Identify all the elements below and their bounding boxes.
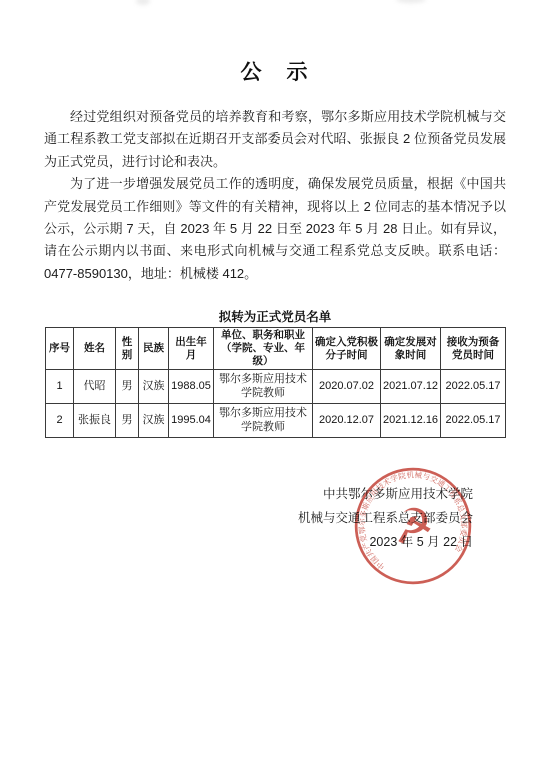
table-header-cell: 单位、职务和职业（学院、专业、年级）	[214, 328, 313, 370]
table-header-cell: 确定发展对象时间	[381, 328, 441, 370]
body-text: 经过党组织对预备党员的培养教育和考察，鄂尔多斯应用技术学院机械与交通工程系教工党…	[44, 106, 506, 285]
roster-table: 序号姓名性别民族出生年月单位、职务和职业（学院、专业、年级）确定入党积极分子时间…	[45, 327, 506, 438]
table-header-cell: 接收为预备党员时间	[441, 328, 506, 370]
table-cell: 男	[116, 404, 139, 438]
table-cell: 鄂尔多斯应用技术学院教师	[214, 404, 313, 438]
table-cell: 男	[116, 370, 139, 404]
table-cell: 2020.07.02	[313, 370, 381, 404]
header-row: 序号姓名性别民族出生年月单位、职务和职业（学院、专业、年级）确定入党积极分子时间…	[46, 328, 506, 370]
signature-date: 2023 年 5 月 22 日	[0, 530, 473, 554]
signature-org-line2: 机械与交通工程系总支部委员会	[0, 506, 473, 530]
table-cell: 2	[46, 404, 74, 438]
signature-org-line1: 中共鄂尔多斯应用技术学院	[0, 482, 473, 506]
table-header-cell: 序号	[46, 328, 74, 370]
table-header-cell: 性别	[116, 328, 139, 370]
table-cell: 1	[46, 370, 74, 404]
roster-table-body: 1代昭男汉族1988.05鄂尔多斯应用技术学院教师2020.07.022021.…	[46, 370, 506, 438]
table-header-cell: 民族	[139, 328, 169, 370]
table-cell: 汉族	[139, 404, 169, 438]
table-cell: 2022.05.17	[441, 404, 506, 438]
scan-smudge	[396, 0, 426, 3]
table-row: 2张振良男汉族1995.04鄂尔多斯应用技术学院教师2020.12.072021…	[46, 404, 506, 438]
table-header-cell: 确定入党积极分子时间	[313, 328, 381, 370]
roster-table-head: 序号姓名性别民族出生年月单位、职务和职业（学院、专业、年级）确定入党积极分子时间…	[46, 328, 506, 370]
table-cell: 张振良	[74, 404, 116, 438]
table-cell: 代昭	[74, 370, 116, 404]
paragraph-2: 为了进一步增强发展党员工作的透明度，确保发展党员质量，根据《中国共产党发展党员工…	[44, 173, 506, 285]
table-cell: 1995.04	[169, 404, 214, 438]
table-header-cell: 姓名	[74, 328, 116, 370]
table-cell: 2021.07.12	[381, 370, 441, 404]
paragraph-1: 经过党组织对预备党员的培养教育和考察，鄂尔多斯应用技术学院机械与交通工程系教工党…	[44, 106, 506, 173]
table-cell: 汉族	[139, 370, 169, 404]
signature-block: 中共鄂尔多斯应用技术学院 机械与交通工程系总支部委员会 2023 年 5 月 2…	[0, 482, 473, 554]
page-title: 公 示	[0, 56, 550, 86]
scan-smudge	[136, 0, 150, 5]
table-cell: 2022.05.17	[441, 370, 506, 404]
table-row: 1代昭男汉族1988.05鄂尔多斯应用技术学院教师2020.07.022021.…	[46, 370, 506, 404]
table-cell: 1988.05	[169, 370, 214, 404]
table-cell: 2020.12.07	[313, 404, 381, 438]
table-cell: 鄂尔多斯应用技术学院教师	[214, 370, 313, 404]
table-cell: 2021.12.16	[381, 404, 441, 438]
announcement-page: 公 示 经过党组织对预备党员的培养教育和考察，鄂尔多斯应用技术学院机械与交通工程…	[0, 0, 550, 768]
table-header-cell: 出生年月	[169, 328, 214, 370]
table-title: 拟转为正式党员名单	[45, 307, 505, 325]
